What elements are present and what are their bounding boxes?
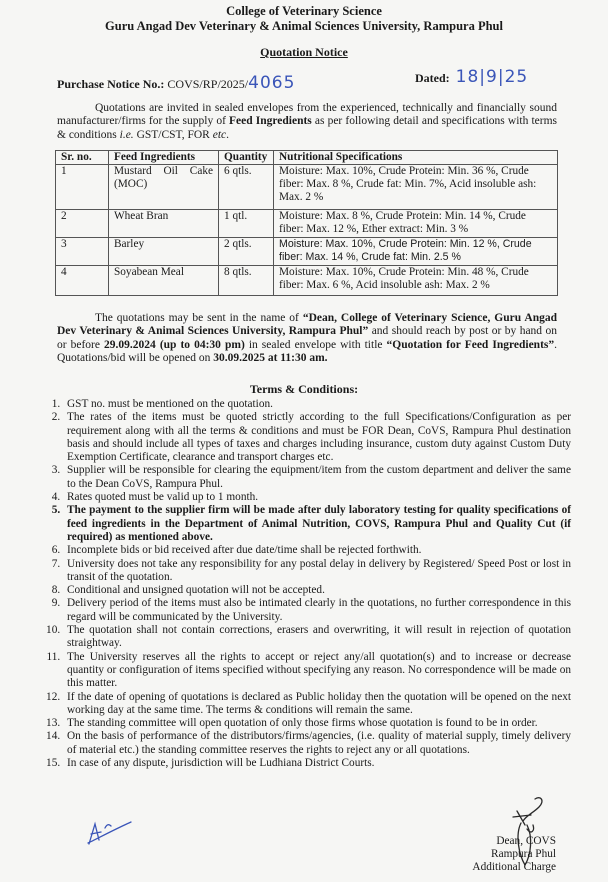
- cell-sr: 3: [56, 238, 109, 266]
- signatory-block: Dean, COVS Rampura Phul Additional Charg…: [436, 835, 556, 874]
- cell-quantity: 6 qtls.: [219, 165, 274, 210]
- term-item: Supplier will be responsible for clearin…: [63, 464, 571, 491]
- intro-text: .: [226, 129, 229, 141]
- submission-text: The quotations may be sent in the name o…: [95, 312, 303, 324]
- signatory-location: Rampura Phul: [436, 848, 556, 861]
- term-item: The standing committee will open quotati…: [63, 717, 571, 730]
- initials-signature-icon: [85, 818, 135, 846]
- intro-italic: etc: [213, 129, 226, 141]
- cell-ingredient: Barley: [109, 238, 219, 266]
- university-name: Guru Angad Dev Veterinary & Animal Scien…: [0, 19, 608, 34]
- cell-sr: 2: [56, 210, 109, 238]
- cell-sr: 1: [56, 165, 109, 210]
- col-header-specs: Nutritional Specifications: [274, 151, 558, 165]
- signatory-title: Dean, COVS: [436, 835, 556, 848]
- term-item: If the date of opening of quotations is …: [63, 691, 571, 718]
- specifications-table: Sr. no. Feed Ingredients Quantity Nutrit…: [55, 150, 558, 296]
- table-row: 1 Mustard Oil Cake (MOC) 6 qtls. Moistur…: [56, 165, 558, 210]
- table-header-row: Sr. no. Feed Ingredients Quantity Nutrit…: [56, 151, 558, 165]
- submission-paragraph: The quotations may be sent in the name o…: [57, 312, 557, 365]
- cell-specs: Moisture: Max. 10%, Crude Protein: Min. …: [274, 165, 558, 210]
- envelope-title: “Quotation for Feed Ingredients”: [387, 339, 555, 351]
- cell-ingredient: Wheat Bran: [109, 210, 219, 238]
- col-header-ingredient: Feed Ingredients: [109, 151, 219, 165]
- term-item: Delivery period of the items must also b…: [63, 597, 571, 624]
- cell-sr: 4: [56, 266, 109, 296]
- term-item: The quotation shall not contain correcti…: [63, 624, 571, 651]
- table-row: 2 Wheat Bran 1 qtl. Moisture: Max. 8 %, …: [56, 210, 558, 238]
- intro-italic: i.e.: [120, 129, 134, 141]
- cell-quantity: 8 qtls.: [219, 266, 274, 296]
- table-row: 3 Barley 2 qtls. Moisture: Max. 10%, Cru…: [56, 238, 558, 266]
- term-item: On the basis of performance of the distr…: [63, 730, 571, 757]
- purchase-notice-prefix: COVS/RP/2025/: [167, 77, 248, 91]
- cell-specs: Moisture: Max. 10%, Crude Protein: Min. …: [274, 266, 558, 296]
- intro-text: GST/CST, FOR: [134, 129, 213, 141]
- term-item: Rates quoted must be valid up to 1 month…: [63, 491, 571, 504]
- opening-date: 30.09.2025 at 11:30 am.: [213, 352, 327, 364]
- dated-label: Dated:: [415, 71, 450, 85]
- col-header-sr: Sr. no.: [56, 151, 109, 165]
- intro-bold: Feed Ingredients: [229, 115, 312, 127]
- dated-field: Dated:18|9|25: [415, 67, 528, 87]
- intro-paragraph: Quotations are invited in sealed envelop…: [57, 102, 557, 142]
- cell-specs: Moisture: Max. 10%, Crude Protein: Min. …: [274, 238, 558, 266]
- term-item: The payment to the supplier firm will be…: [63, 504, 571, 544]
- table-row: 4 Soyabean Meal 8 qtls. Moisture: Max. 1…: [56, 266, 558, 296]
- submission-text: in sealed envelope with title: [245, 339, 387, 351]
- terms-heading: Terms & Conditions:: [0, 382, 608, 397]
- handwritten-notice-number: 4065: [248, 73, 295, 93]
- term-item: The rates of the items must be quoted st…: [63, 411, 571, 464]
- cell-quantity: 1 qtl.: [219, 210, 274, 238]
- cell-ingredient: Mustard Oil Cake (MOC): [109, 165, 219, 210]
- col-header-quantity: Quantity: [219, 151, 274, 165]
- term-item: Conditional and unsigned quotation will …: [63, 584, 571, 597]
- term-item: University does not take any responsibil…: [63, 558, 571, 585]
- term-item: GST no. must be mentioned on the quotati…: [63, 398, 571, 411]
- submission-deadline: 29.09.2024 (up to 04:30 pm): [104, 339, 245, 351]
- handwritten-date: 18|9|25: [456, 67, 529, 87]
- cell-ingredient: Soyabean Meal: [109, 266, 219, 296]
- signatory-charge: Additional Charge: [436, 861, 556, 874]
- college-name: College of Veterinary Science: [0, 4, 608, 19]
- term-item: Incomplete bids or bid received after du…: [63, 544, 571, 557]
- cell-quantity: 2 qtls.: [219, 238, 274, 266]
- document-title: Quotation Notice: [0, 45, 608, 60]
- purchase-notice-label: Purchase Notice No.:: [57, 77, 164, 91]
- purchase-notice-number: Purchase Notice No.: COVS/RP/2025/4065: [57, 73, 295, 93]
- terms-list: GST no. must be mentioned on the quotati…: [30, 398, 571, 770]
- term-item: The University reserves all the rights t…: [63, 651, 571, 691]
- cell-specs: Moisture: Max. 8 %, Crude Protein: Min. …: [274, 210, 558, 238]
- term-item: In case of any dispute, jurisdiction wil…: [63, 757, 571, 770]
